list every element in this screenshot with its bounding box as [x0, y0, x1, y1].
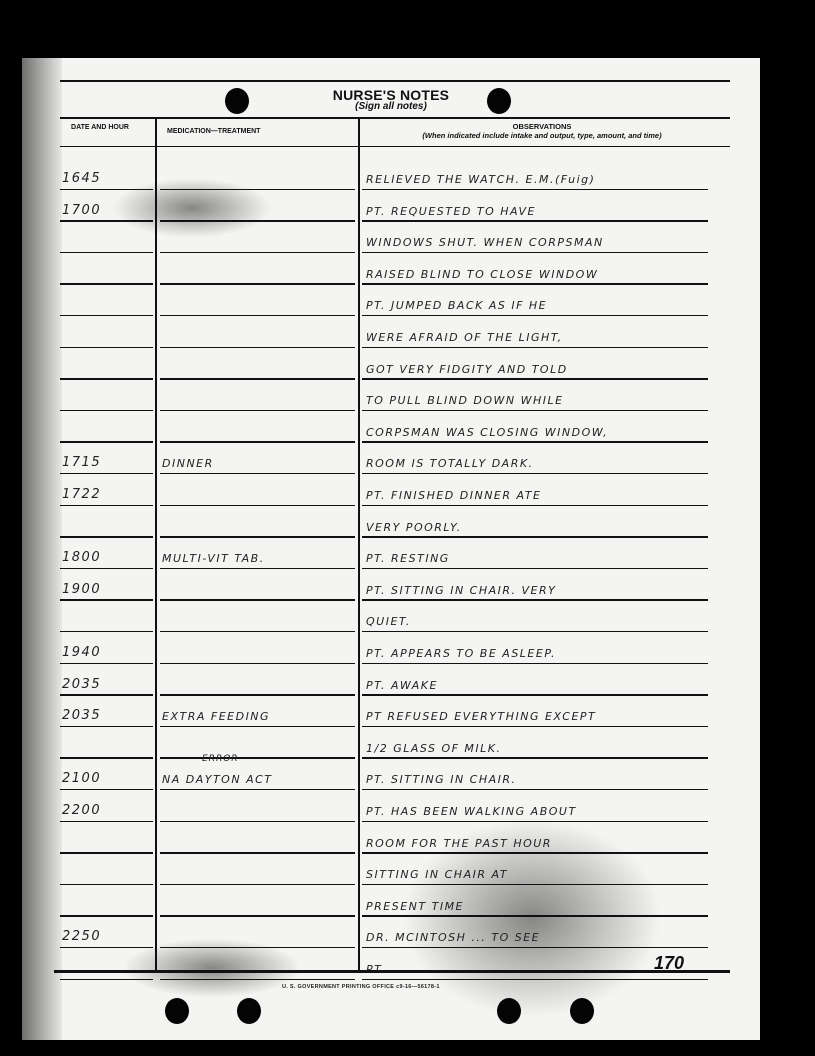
date-hour-cell: 2200 [62, 803, 152, 818]
observation-cell: PT. SITTING IN CHAIR. VERY [366, 584, 706, 597]
punch-hole [497, 998, 521, 1024]
observation-cell: PT. HAS BEEN WALKING ABOUT [366, 805, 706, 818]
punch-hole [570, 998, 594, 1024]
punch-hole [237, 998, 261, 1024]
date-hour-cell: 2250 [62, 929, 152, 944]
ruled-line [362, 979, 708, 981]
table-row: ROOM FOR THE PAST HOUR [22, 822, 760, 854]
observation-cell: WERE AFRAID OF THE LIGHT, [366, 331, 706, 344]
date-hour-cell: 2035 [62, 677, 152, 692]
table-row: RAISED BLIND TO CLOSE WINDOW [22, 253, 760, 285]
observation-cell: RELIEVED THE WATCH. E.M.(Fuig) [366, 173, 706, 186]
header-rule [60, 117, 730, 119]
form-subtitle: (Sign all notes) [22, 101, 760, 112]
table-row: 1645RELIEVED THE WATCH. E.M.(Fuig) [22, 158, 760, 190]
date-hour-cell: 1722 [62, 487, 152, 502]
table-row: VERY POORLY. [22, 506, 760, 538]
table-row: SITTING IN CHAIR AT [22, 853, 760, 885]
table-row: 1900PT. SITTING IN CHAIR. VERY [22, 569, 760, 601]
table-row: PT. JUMPED BACK AS IF HE [22, 284, 760, 316]
observation-cell: CORPSMAN WAS CLOSING WINDOW, [366, 426, 706, 439]
table-row: 1940PT. APPEARS TO BE ASLEEP. [22, 632, 760, 664]
medication-cell: EXTRA FEEDING [162, 710, 352, 723]
medication-cell: MULTI-VIT TAB. [162, 552, 352, 565]
date-hour-cell: 1700 [62, 203, 152, 218]
punch-hole [165, 998, 189, 1024]
table-row: 1722PT. FINISHED DINNER ATE [22, 474, 760, 506]
bottom-rule [54, 970, 730, 973]
date-hour-cell: 1645 [62, 171, 152, 186]
observation-cell: TO PULL BLIND DOWN WHILE [366, 394, 706, 407]
medication-cell: NA DAYTON ACT [162, 773, 352, 786]
observation-cell: PT REFUSED EVERYTHING EXCEPT [366, 710, 706, 723]
observations-column-header: OBSERVATIONS (When indicated include int… [362, 122, 722, 140]
table-row: WERE AFRAID OF THE LIGHT, [22, 316, 760, 348]
page-number: 170 [654, 953, 684, 974]
observation-cell: ROOM FOR THE PAST HOUR [366, 837, 706, 850]
table-row: 2250DR. MCINTOSH ... TO SEE [22, 916, 760, 948]
ruled-line [160, 979, 355, 981]
observation-cell: SITTING IN CHAIR AT [366, 868, 706, 881]
medication-column-header: MEDICATION—TREATMENT [167, 128, 347, 135]
column-header-rule [60, 146, 730, 147]
table-row: 2035PT. AWAKE [22, 664, 760, 696]
table-row: CORPSMAN WAS CLOSING WINDOW, [22, 411, 760, 443]
ruled-line [60, 979, 153, 981]
observation-cell: PT. SITTING IN CHAIR. [366, 773, 706, 786]
observation-cell: PT. REQUESTED TO HAVE [366, 205, 706, 218]
observation-cell: PRESENT TIME [366, 900, 706, 913]
observation-cell: QUIET. [366, 615, 706, 628]
date-column-header: DATE AND HOUR [60, 124, 140, 131]
table-row: WINDOWS SHUT. WHEN CORPSMAN [22, 221, 760, 253]
printing-office-footer: U. S. GOVERNMENT PRINTING OFFICE c9-16—5… [282, 984, 440, 990]
observation-cell: PT. AWAKE [366, 679, 706, 692]
date-hour-cell: 2100 [62, 771, 152, 786]
table-row: PT. [22, 948, 760, 980]
table-row: QUIET. [22, 600, 760, 632]
top-rule [60, 80, 730, 82]
observations-note: (When indicated include intake and outpu… [362, 131, 722, 140]
table-row: 1700PT. REQUESTED TO HAVE [22, 190, 760, 222]
observation-cell: 1/2 GLASS OF MILK. [366, 742, 706, 755]
observation-cell: VERY POORLY. [366, 521, 706, 534]
observation-cell: ROOM IS TOTALLY DARK. [366, 457, 706, 470]
table-row: GOT VERY FIDGITY AND TOLD [22, 348, 760, 380]
table-row: 1715DINNERROOM IS TOTALLY DARK. [22, 442, 760, 474]
table-row: 2100NA DAYTON ACTPT. SITTING IN CHAIR.ER… [22, 758, 760, 790]
nurses-notes-page: NURSE'S NOTES (Sign all notes) DATE AND … [22, 58, 760, 1040]
error-annotation: ERROR [202, 754, 239, 764]
observation-cell: PT. JUMPED BACK AS IF HE [366, 299, 706, 312]
table-row: 1/2 GLASS OF MILK. [22, 727, 760, 759]
table-row: 2200PT. HAS BEEN WALKING ABOUT [22, 790, 760, 822]
table-row: PRESENT TIME [22, 885, 760, 917]
date-hour-cell: 2035 [62, 708, 152, 723]
observations-title: OBSERVATIONS [362, 122, 722, 131]
date-hour-cell: 1900 [62, 582, 152, 597]
table-row: 1800MULTI-VIT TAB.PT. RESTING [22, 537, 760, 569]
observation-cell: PT. FINISHED DINNER ATE [366, 489, 706, 502]
observation-cell: WINDOWS SHUT. WHEN CORPSMAN [366, 236, 706, 249]
observation-cell: GOT VERY FIDGITY AND TOLD [366, 363, 706, 376]
date-hour-cell: 1800 [62, 550, 152, 565]
date-hour-cell: 1715 [62, 455, 152, 470]
date-hour-cell: 1940 [62, 645, 152, 660]
observation-cell: DR. MCINTOSH ... TO SEE [366, 931, 706, 944]
table-row: TO PULL BLIND DOWN WHILE [22, 379, 760, 411]
table-row: 2035EXTRA FEEDINGPT REFUSED EVERYTHING E… [22, 695, 760, 727]
observation-cell: PT. APPEARS TO BE ASLEEP. [366, 647, 706, 660]
medication-cell: DINNER [162, 457, 352, 470]
observation-cell: RAISED BLIND TO CLOSE WINDOW [366, 268, 706, 281]
observation-cell: PT. RESTING [366, 552, 706, 565]
